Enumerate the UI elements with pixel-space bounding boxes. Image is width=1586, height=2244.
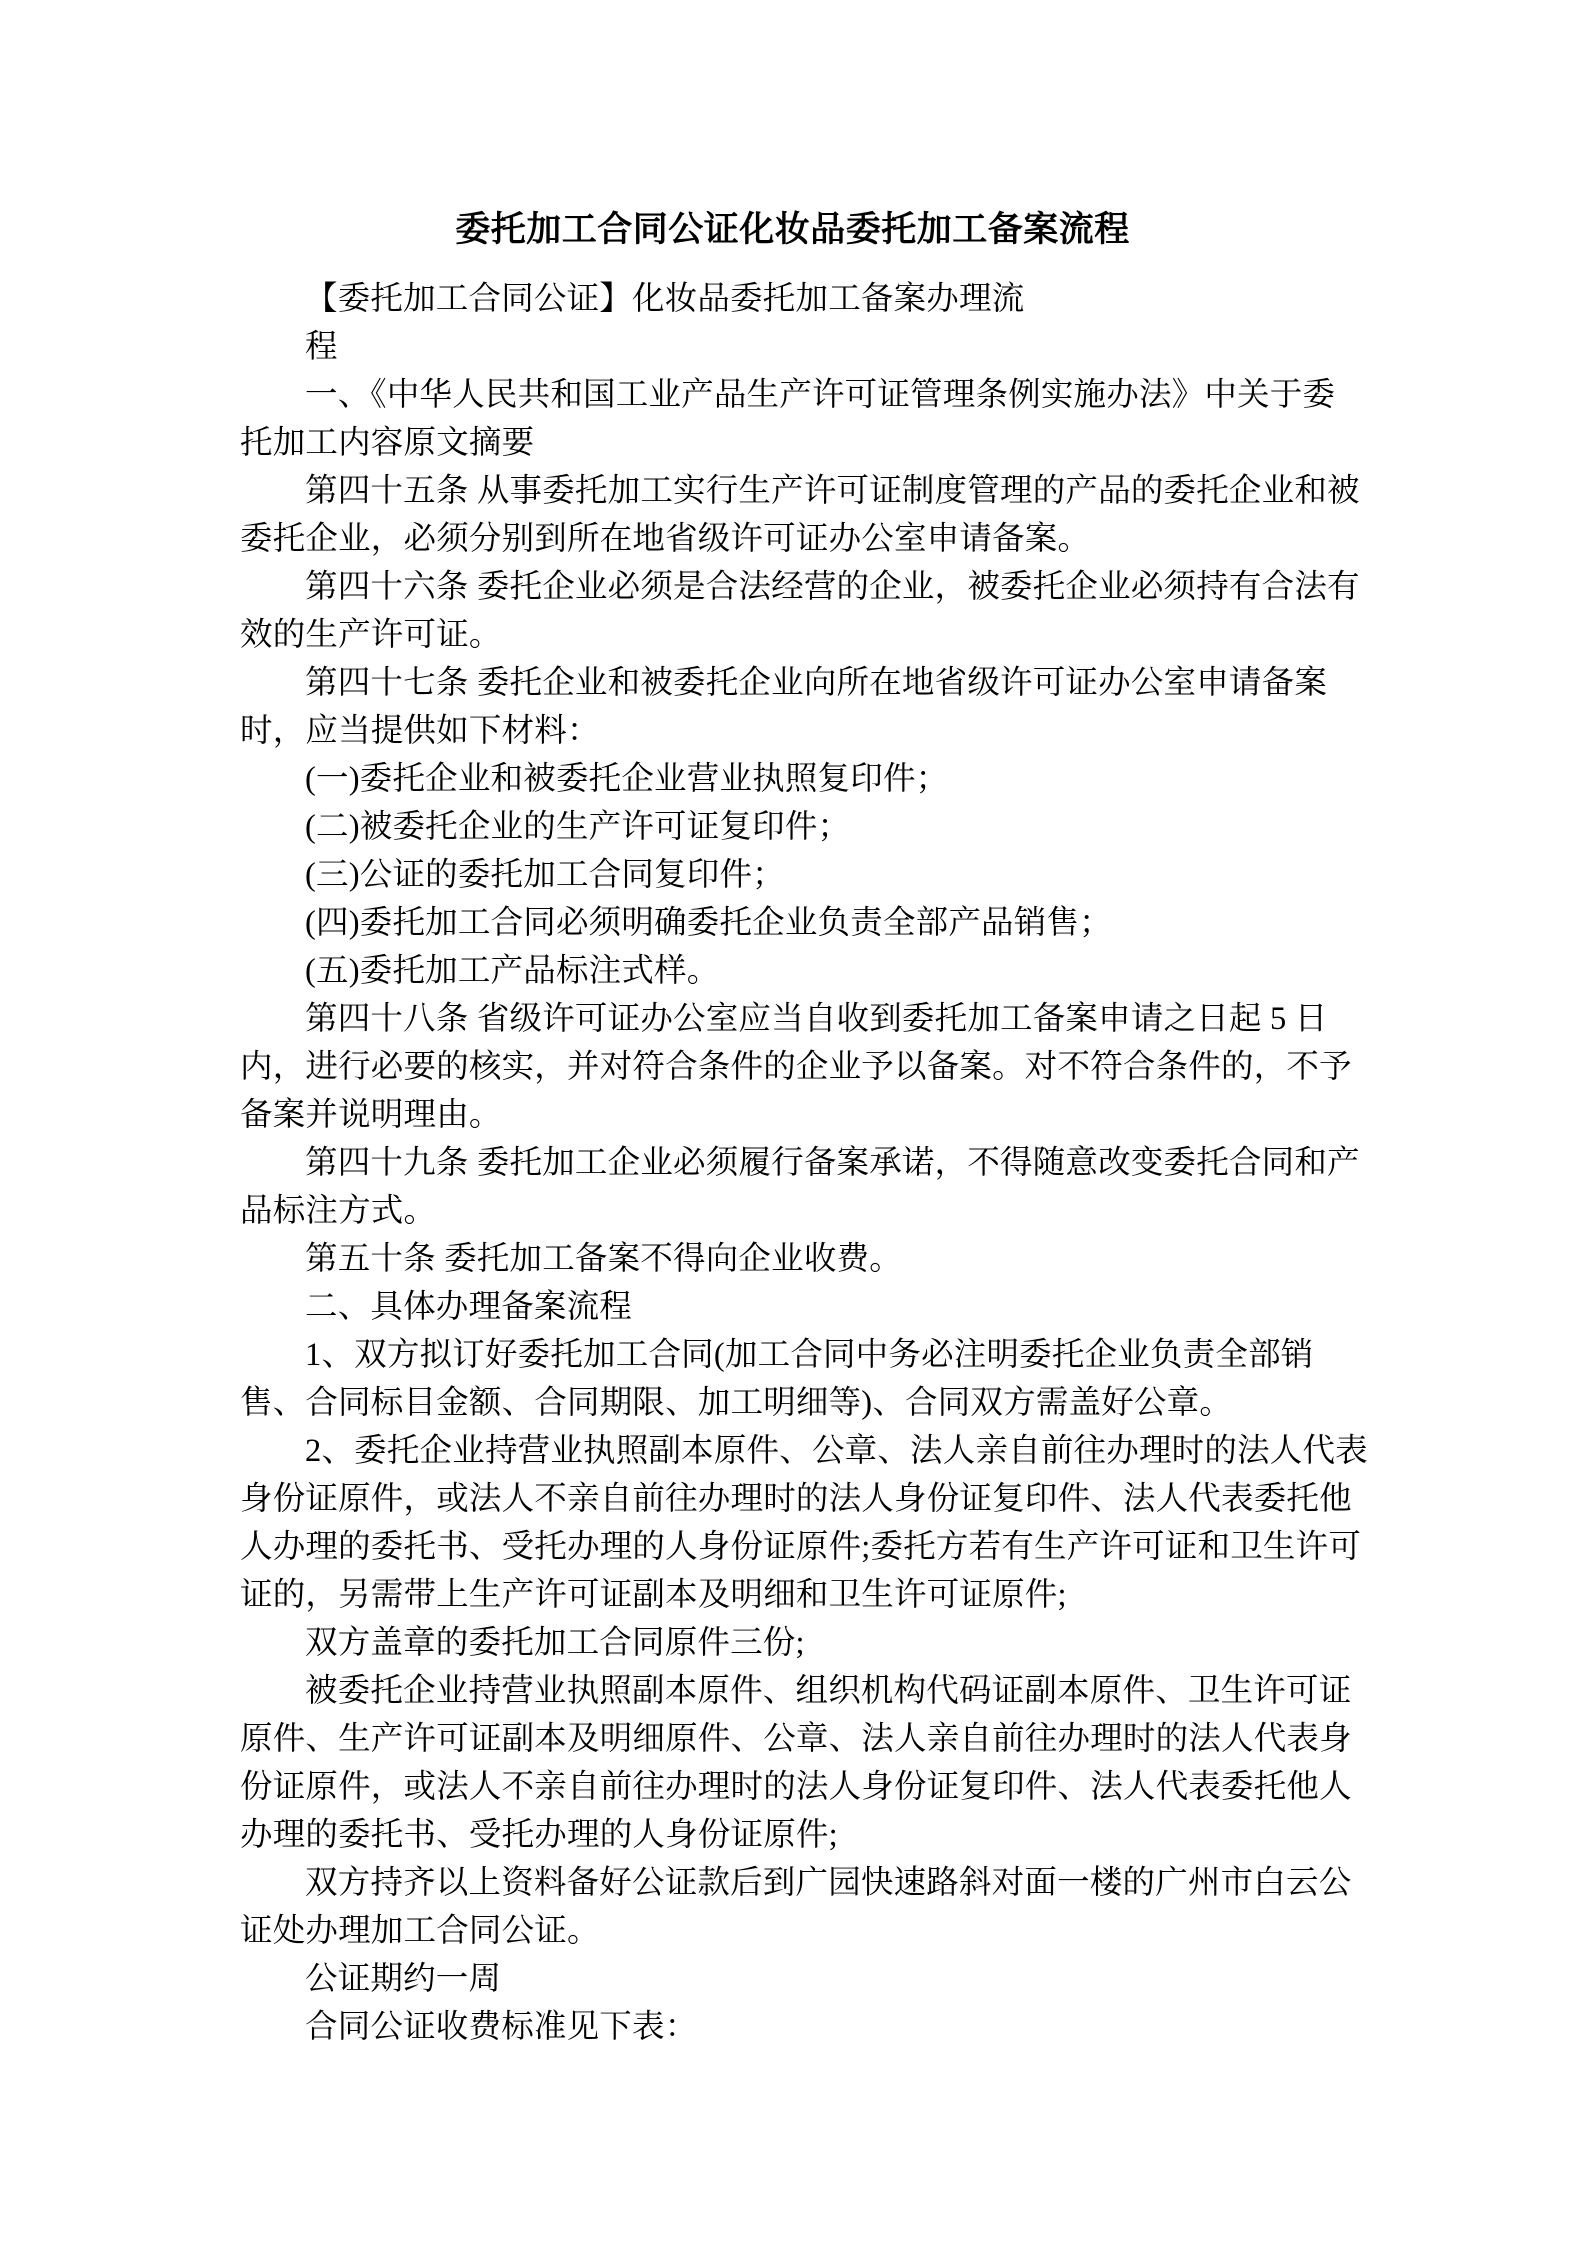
text-line: 内，进行必要的核实，并对符合条件的企业予以备案。对不符合条件的，不予 bbox=[240, 1043, 1360, 1091]
text-line: 证的，另需带上生产许可证副本及明细和卫生许可证原件; bbox=[240, 1571, 1360, 1619]
text-line: (四)委托加工合同必须明确委托企业负责全部产品销售； bbox=[240, 899, 1360, 947]
text-line: 托加工内容原文摘要 bbox=[240, 419, 1360, 467]
document-title: 委托加工合同公证化妆品委托加工备案流程 bbox=[240, 206, 1345, 254]
text-line: 办理的委托书、受托办理的人身份证原件; bbox=[240, 1811, 1360, 1859]
text-line: 合同公证收费标准见下表： bbox=[240, 2003, 1360, 2051]
text-line: 公证期约一周 bbox=[240, 1955, 1360, 2003]
document-page: 委托加工合同公证化妆品委托加工备案流程 【委托加工合同公证】化妆品委托加工备案办… bbox=[0, 0, 1586, 2244]
text-line: 双方盖章的委托加工合同原件三份; bbox=[240, 1619, 1360, 1667]
text-line: 人办理的委托书、受托办理的人身份证原件;委托方若有生产许可证和卫生许可 bbox=[240, 1523, 1360, 1571]
text-line: 1、双方拟订好委托加工合同(加工合同中务必注明委托企业负责全部销 bbox=[240, 1331, 1360, 1379]
text-line: 品标注方式。 bbox=[240, 1187, 1360, 1235]
text-line: 售、合同标目金额、合同期限、加工明细等)、合同双方需盖好公章。 bbox=[240, 1379, 1360, 1427]
text-line: 第四十五条 从事委托加工实行生产许可证制度管理的产品的委托企业和被 bbox=[240, 467, 1360, 515]
text-line: 原件、生产许可证副本及明细原件、公章、法人亲自前往办理时的法人代表身 bbox=[240, 1715, 1360, 1763]
text-line: 被委托企业持营业执照副本原件、组织机构代码证副本原件、卫生许可证 bbox=[240, 1667, 1360, 1715]
document-body: 【委托加工合同公证】化妆品委托加工备案办理流程一、《中华人民共和国工业产品生产许… bbox=[240, 275, 1360, 2051]
text-line: 备案并说明理由。 bbox=[240, 1091, 1360, 1139]
text-line: 份证原件，或法人不亲自前往办理时的法人身份证复印件、法人代表委托他人 bbox=[240, 1763, 1360, 1811]
text-line: 2、委托企业持营业执照副本原件、公章、法人亲自前往办理时的法人代表 bbox=[240, 1427, 1360, 1475]
text-line: 第四十七条 委托企业和被委托企业向所在地省级许可证办公室申请备案 bbox=[240, 659, 1360, 707]
text-line: 【委托加工合同公证】化妆品委托加工备案办理流 bbox=[240, 275, 1360, 323]
text-line: (二)被委托企业的生产许可证复印件； bbox=[240, 803, 1360, 851]
text-line: 第四十九条 委托加工企业必须履行备案承诺，不得随意改变委托合同和产 bbox=[240, 1139, 1360, 1187]
text-line: 程 bbox=[240, 323, 1360, 371]
text-line: 证处办理加工合同公证。 bbox=[240, 1907, 1360, 1955]
text-line: 委托企业，必须分别到所在地省级许可证办公室申请备案。 bbox=[240, 515, 1360, 563]
text-line: (五)委托加工产品标注式样。 bbox=[240, 947, 1360, 995]
text-line: 时，应当提供如下材料： bbox=[240, 707, 1360, 755]
text-line: 第四十六条 委托企业必须是合法经营的企业，被委托企业必须持有合法有 bbox=[240, 563, 1360, 611]
text-line: (一)委托企业和被委托企业营业执照复印件； bbox=[240, 755, 1360, 803]
text-line: 效的生产许可证。 bbox=[240, 611, 1360, 659]
text-line: 一、《中华人民共和国工业产品生产许可证管理条例实施办法》中关于委 bbox=[240, 371, 1360, 419]
text-line: 双方持齐以上资料备好公证款后到广园快速路斜对面一楼的广州市白云公 bbox=[240, 1859, 1360, 1907]
text-line: 第四十八条 省级许可证办公室应当自收到委托加工备案申请之日起 5 日 bbox=[240, 995, 1360, 1043]
text-line: 二、具体办理备案流程 bbox=[240, 1283, 1360, 1331]
text-line: 身份证原件，或法人不亲自前往办理时的法人身份证复印件、法人代表委托他 bbox=[240, 1475, 1360, 1523]
text-line: 第五十条 委托加工备案不得向企业收费。 bbox=[240, 1235, 1360, 1283]
text-line: (三)公证的委托加工合同复印件； bbox=[240, 851, 1360, 899]
